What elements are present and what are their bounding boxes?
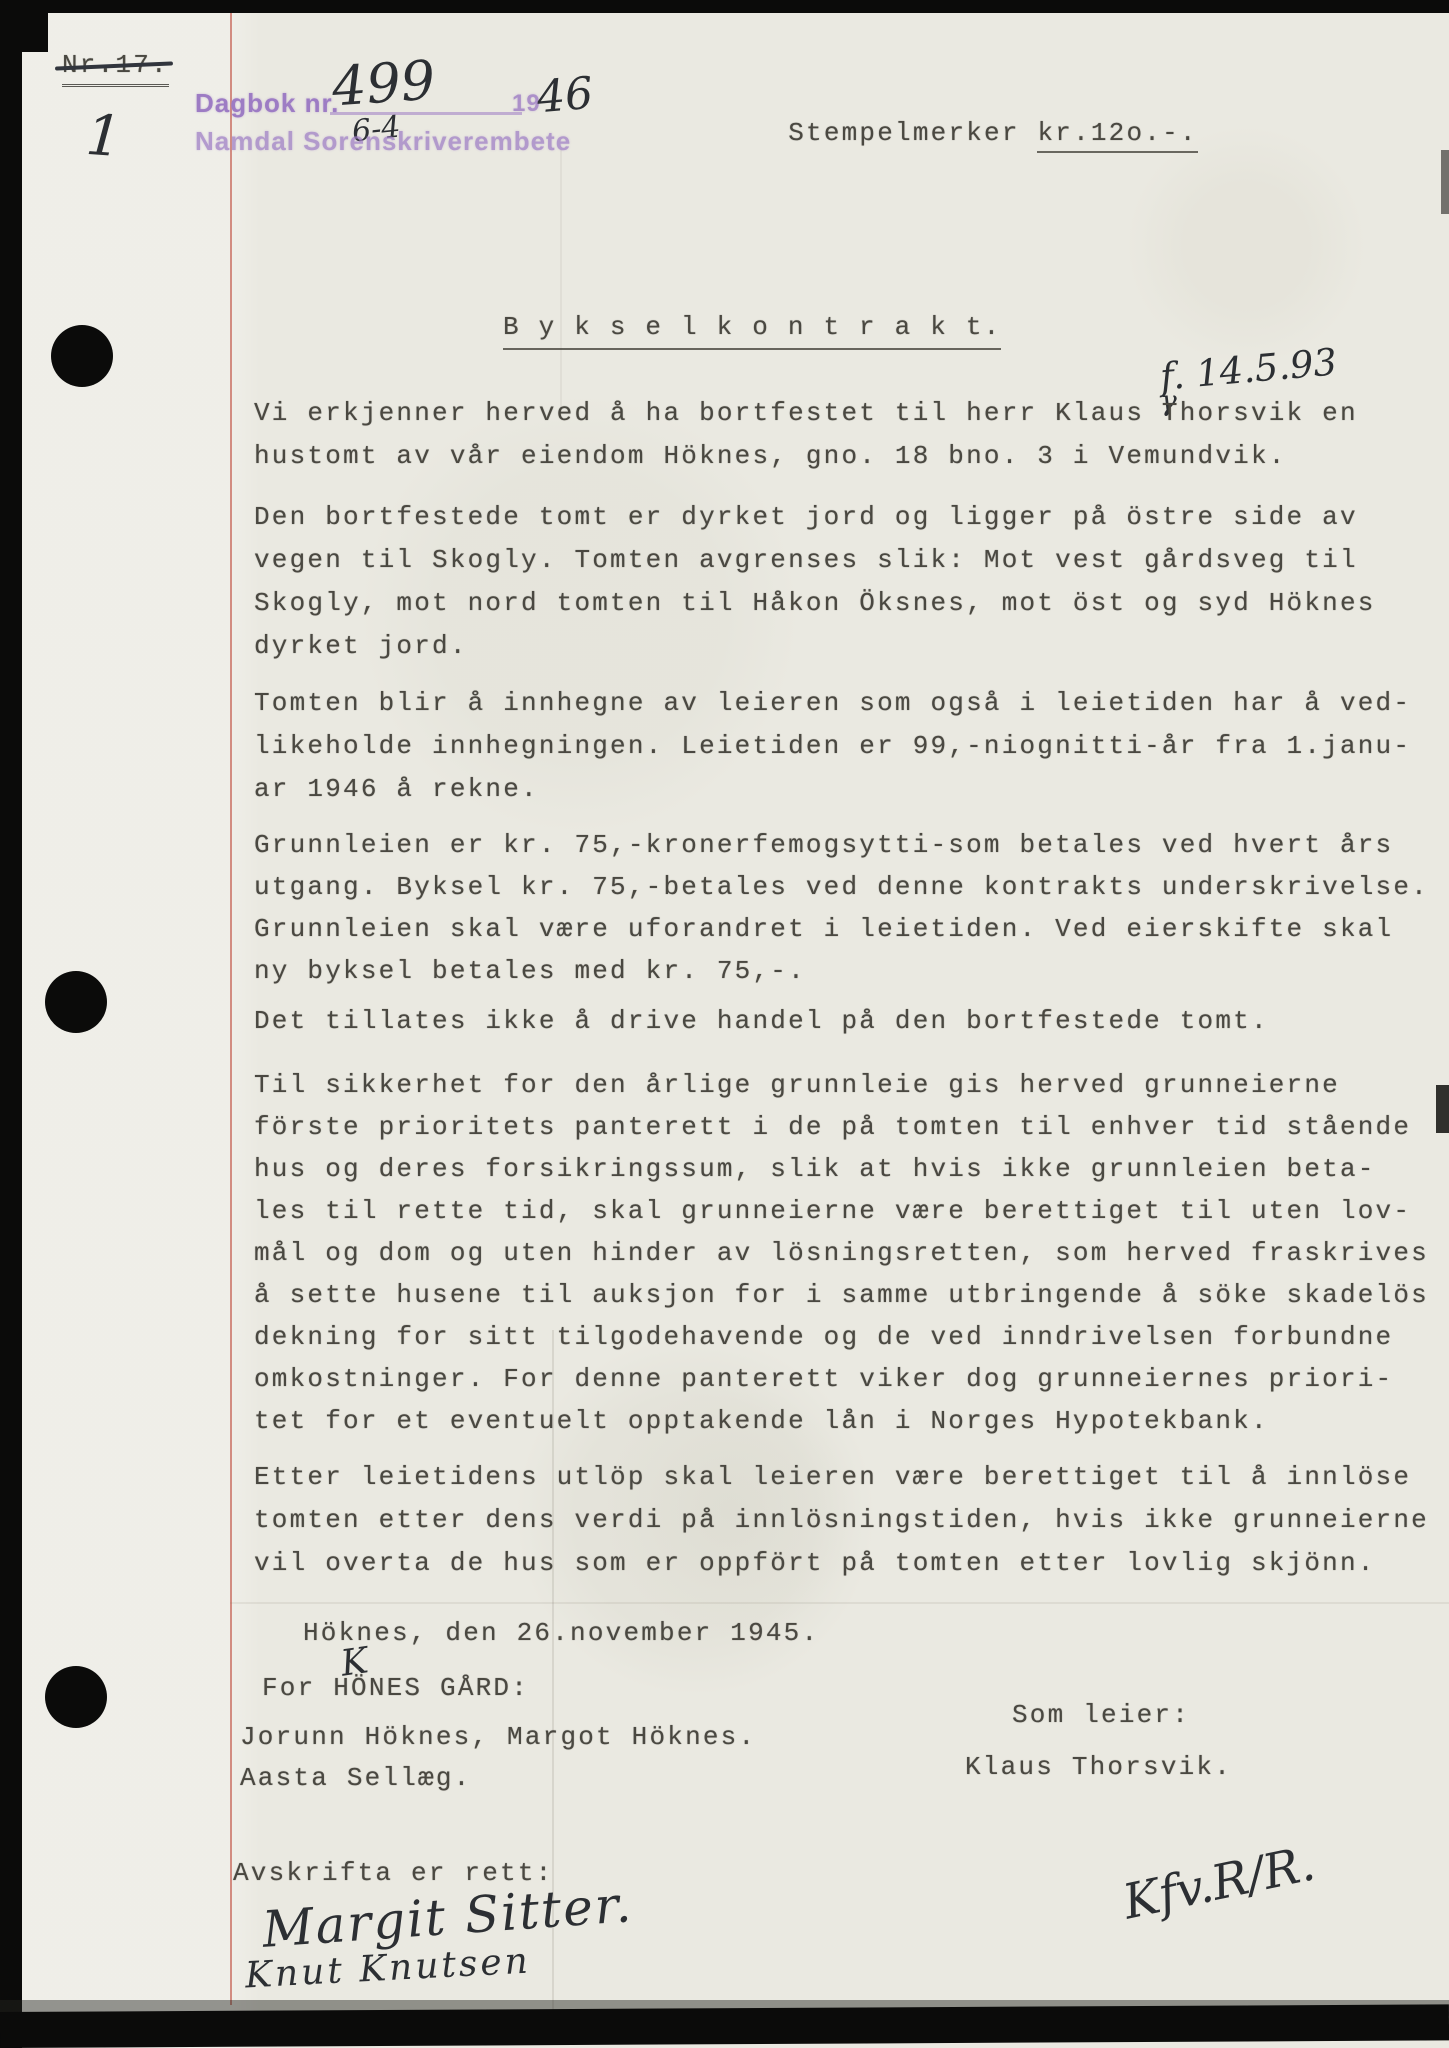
contract-line: Vi erkjenner herved å ha bortfestet til … xyxy=(254,398,1358,428)
contract-line: Den bortfestede tomt er dyrket jord og l… xyxy=(254,502,1358,532)
stamp-fee-label: Stempelmerker xyxy=(788,118,1037,148)
contract-line: tomten etter dens verdi på innlösningsti… xyxy=(254,1505,1429,1535)
page-number: 1 xyxy=(84,103,124,170)
lessor-heading: For HÖNES GÅRD: xyxy=(262,1673,529,1703)
scan-edge-right-patch-2 xyxy=(1441,150,1449,214)
dagbok-stamp-label: Dagbok nr. xyxy=(195,88,339,119)
punch-hole-1 xyxy=(51,325,113,387)
paper-crease-horizontal xyxy=(230,1602,1449,1604)
scan-edge-top xyxy=(0,0,1449,13)
office-stamp: Namdal Sorenskriverembete xyxy=(195,126,571,157)
contract-line: vegen til Skogly. Tomten avgrenses slik:… xyxy=(254,545,1358,575)
contract-line: Grunnleien skal være uforandret i leieti… xyxy=(254,914,1393,944)
contract-line: likeholde innhegningen. Leietiden er 99,… xyxy=(254,731,1411,761)
dateline: Höknes, den 26.november 1945. xyxy=(303,1618,819,1648)
lessor-names-line2: Aasta Sellæg. xyxy=(240,1763,471,1793)
contract-line: ar 1946 å rekne. xyxy=(254,774,539,804)
contract-line: mål og dom og uten hinder av lösningsret… xyxy=(254,1238,1429,1268)
dagbok-year-handwritten: 46 xyxy=(535,68,595,124)
document-title: B y k s e l k o n t r a k t. xyxy=(503,312,1001,350)
contract-line: Etter leietidens utlöp skal leieren være… xyxy=(254,1462,1411,1492)
stamp-fee: Stempelmerker kr.12o.-. xyxy=(717,88,1198,178)
contract-line: Det tillates ikke å drive handel på den … xyxy=(254,1006,1269,1036)
margin-note-date: f. 14.5.93 xyxy=(1158,340,1338,398)
contract-line: Skogly, mot nord tomten til Håkon Öksnes… xyxy=(254,588,1376,618)
contract-line: dekning for sitt tilgodehavende og de ve… xyxy=(254,1322,1393,1352)
dagbok-number-handwritten: 499 xyxy=(330,48,437,118)
contract-line: Tomten blir å innhegne av leieren som og… xyxy=(254,688,1411,718)
scan-edge-right-patch-1 xyxy=(1436,1085,1449,1133)
punch-hole-3 xyxy=(45,1666,107,1728)
lessee-heading: Som leier: xyxy=(1012,1700,1190,1730)
contract-line: å sette husene til auksjon for i samme u… xyxy=(254,1280,1429,1310)
scan-edge-bottom xyxy=(0,2004,1449,2048)
stamp-fee-value: kr.12o.-. xyxy=(1037,118,1197,153)
lessor-correction-mark: K xyxy=(338,1640,370,1684)
clerk-initials: Kfv.R/R. xyxy=(1118,1835,1319,1930)
lessee-name: Klaus Thorsvik. xyxy=(965,1752,1232,1782)
contract-line: Grunnleien er kr. 75,-kronerfemogsytti-s… xyxy=(254,830,1393,860)
lessor-names-line1: Jorunn Höknes, Margot Höknes. xyxy=(240,1722,756,1752)
contract-line: hus og deres forsikringssum, slik at hvi… xyxy=(254,1154,1376,1184)
contract-line: utgang. Byksel kr. 75,-betales ved denne… xyxy=(254,872,1429,902)
punch-hole-2 xyxy=(45,971,107,1033)
scan-edge-corner xyxy=(0,0,48,52)
paper-crease-vertical-upper xyxy=(560,150,562,410)
scan-edge-left xyxy=(0,0,22,2048)
contract-line: tet for et eventuelt opptakende lån i No… xyxy=(254,1406,1269,1436)
scanned-contract-page: Nr.17. 1 Dagbok nr. 499 19 46 6-4 Namdal… xyxy=(0,0,1449,2048)
contract-line: förste prioritets panterett i de på tomt… xyxy=(254,1112,1411,1142)
contract-line: vil overta de hus som er oppfört på tomt… xyxy=(254,1548,1376,1578)
contract-line: dyrket jord. xyxy=(254,631,468,661)
contract-line: omkostninger. For denne panterett viker … xyxy=(254,1364,1393,1394)
contract-line: Til sikkerhet for den årlige grunnleie g… xyxy=(254,1070,1340,1100)
contract-line: ny byksel betales med kr. 75,-. xyxy=(254,956,806,986)
contract-line: les til rette tid, skal grunneierne være… xyxy=(254,1196,1411,1226)
contract-line: hustomt av vår eiendom Höknes, gno. 18 b… xyxy=(254,441,1287,471)
margin-rule xyxy=(230,13,232,2005)
